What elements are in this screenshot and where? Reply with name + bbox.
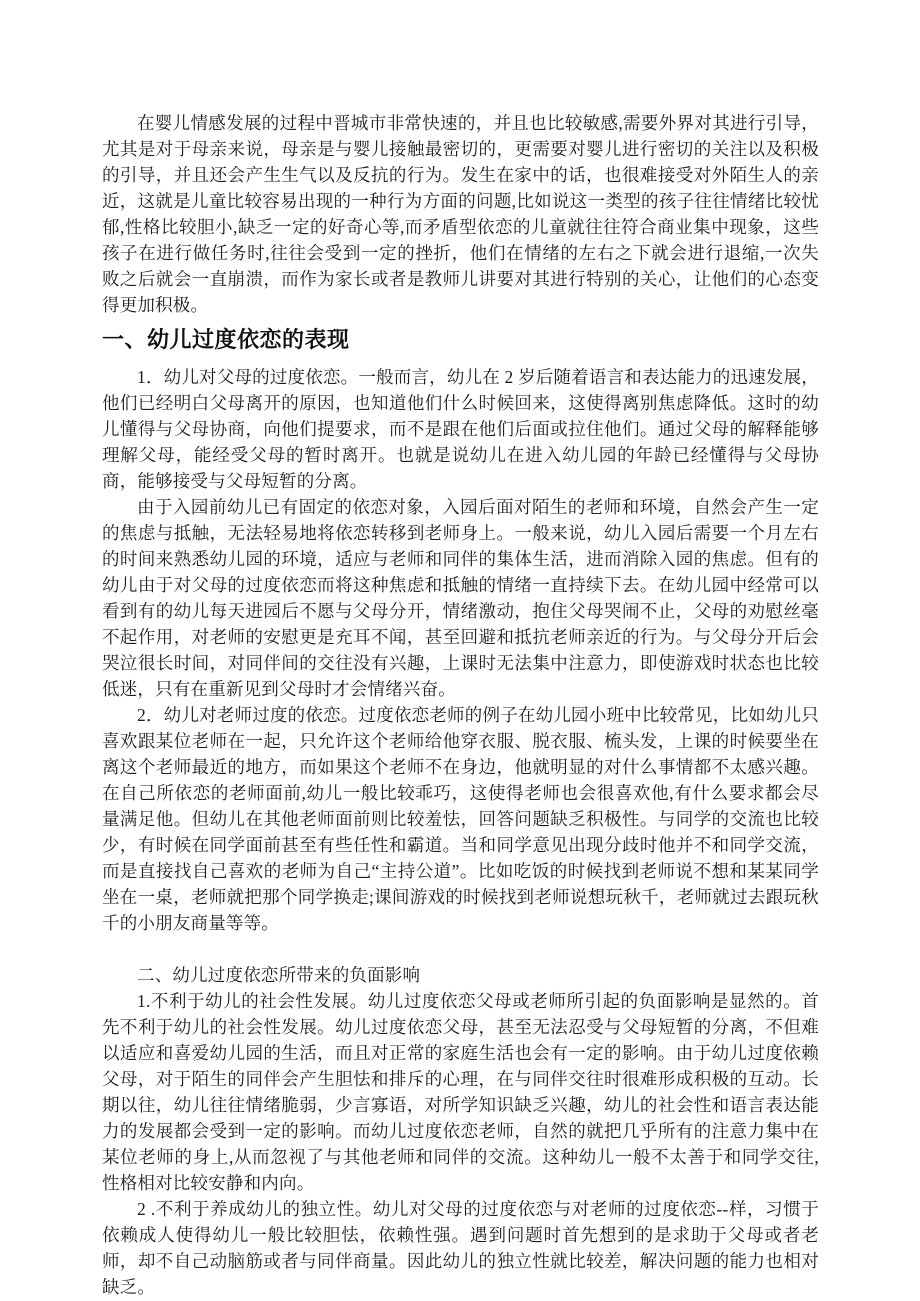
paragraph-kindergarten-separation-anxiety: 由于入园前幼儿已有固定的依恋对象，入园后面对陌生的老师和环境，自然会产生一定的焦… xyxy=(102,494,819,702)
section-heading-overattachment-signs: 一、幼儿过度依恋的表现 xyxy=(102,325,819,355)
paragraph-social-development-impact: 1.不利于幼儿的社会性发展。幼儿过度依恋父母或老师所引起的负面影响是显然的。首先… xyxy=(102,988,819,1196)
paragraph-teacher-overattachment: 2．幼儿对老师过度的依恋。过度依恋老师的例子在幼儿园小班中比较常见，比如幼儿只喜… xyxy=(102,702,819,936)
paragraph-infant-emotion-intro: 在婴儿情感发展的过程中晋城市非常快速的，并且也比较敏感,需要外界对其进行引导，尤… xyxy=(102,110,819,318)
section-heading-negative-effects: 二、幼儿过度依恋所带来的负面影响 xyxy=(102,962,819,988)
document-page: 在婴儿情感发展的过程中晋城市非常快速的，并且也比较敏感,需要外界对其进行引导，尤… xyxy=(0,0,920,1301)
paragraph-parent-overattachment: 1．幼儿对父母的过度依恋。一般而言，幼儿在 2 岁后随着语言和表达能力的迅速发展… xyxy=(102,364,819,494)
paragraph-independence-impact: 2 .不利于养成幼儿的独立性。幼儿对父母的过度依恋与对老师的过度依恋--样，习惯… xyxy=(102,1196,819,1300)
